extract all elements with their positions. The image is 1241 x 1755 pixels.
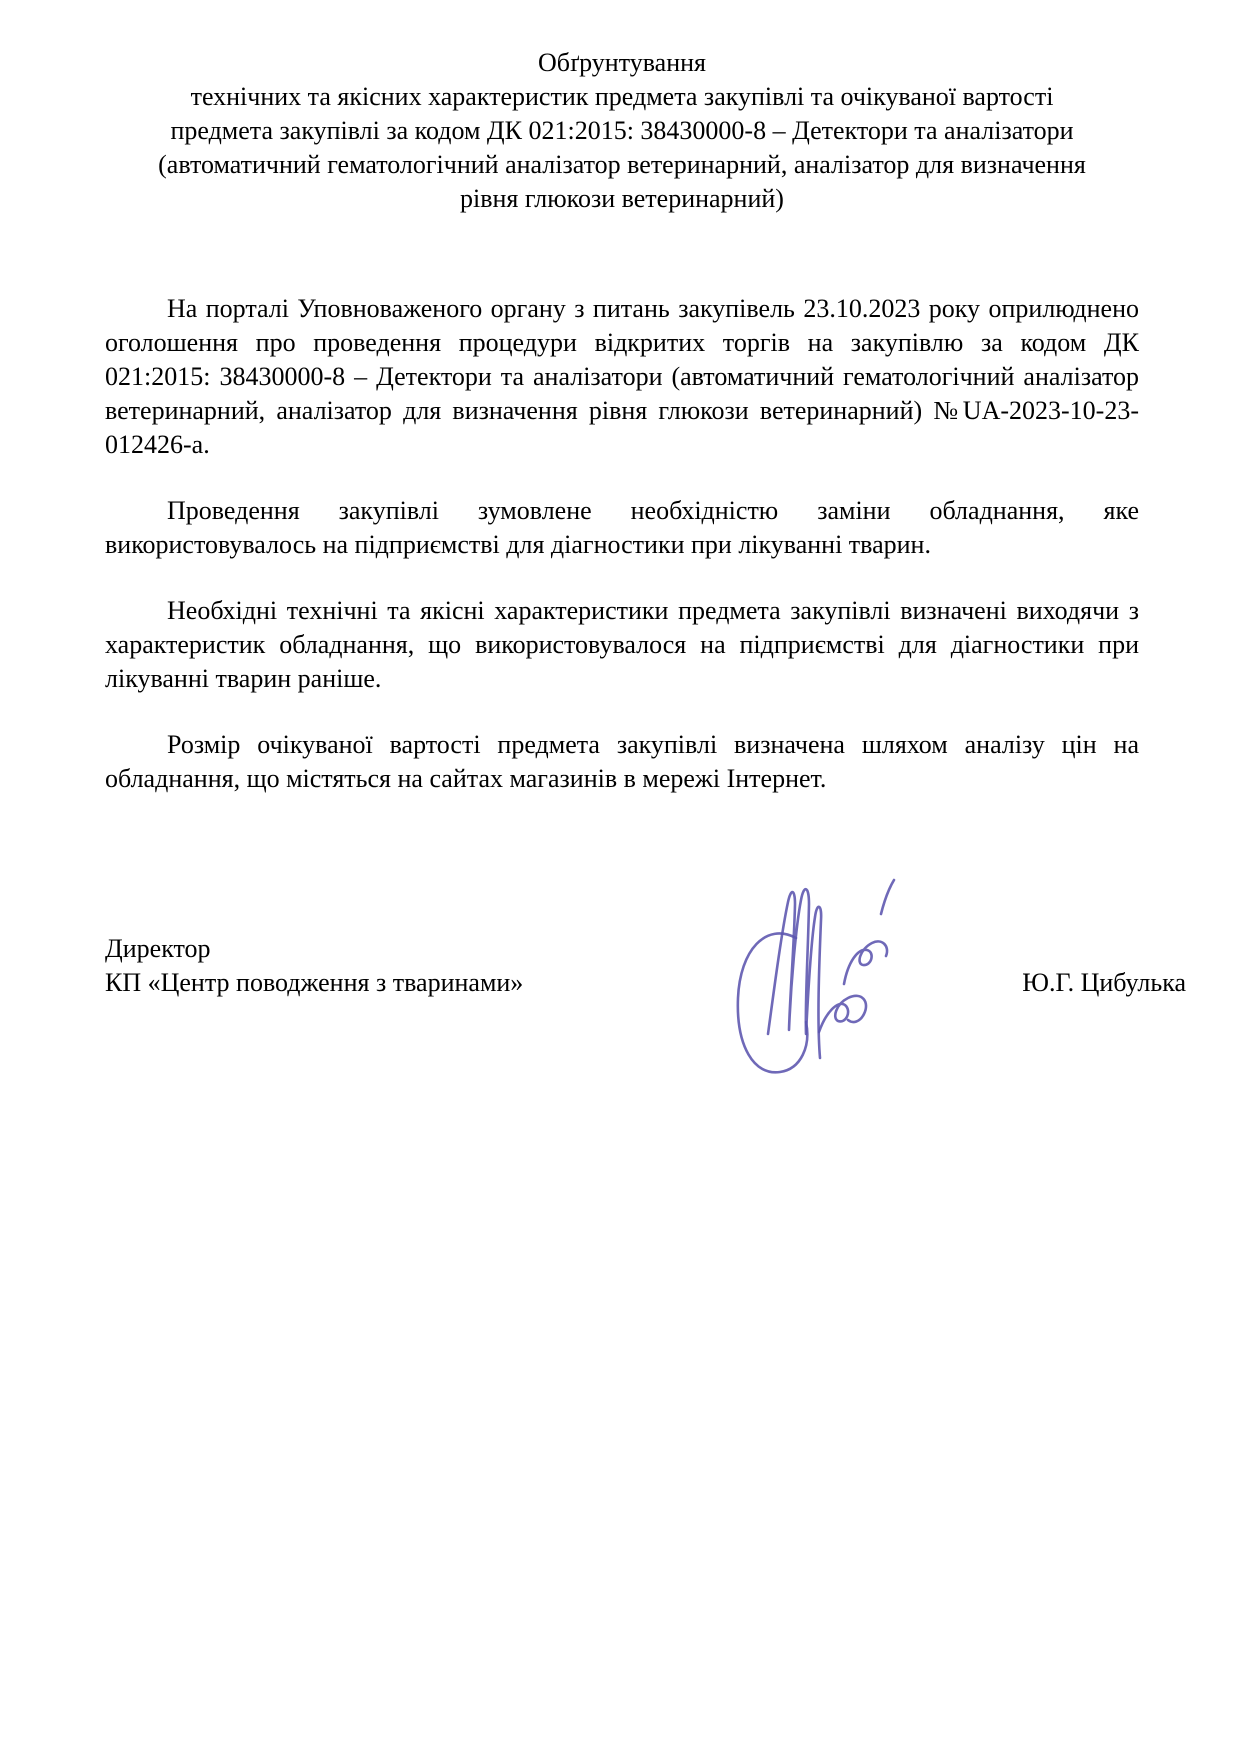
- signer-position: Директор КП «Центр поводження з тваринам…: [105, 932, 523, 1000]
- signer-position-line2: КП «Центр поводження з тваринами»: [105, 966, 523, 1000]
- document-page: Обґрунтування технічних та якісних харак…: [0, 0, 1241, 1755]
- signature-block: Директор КП «Центр поводження з тваринам…: [105, 932, 1186, 1000]
- signature-stroke-curls-low: [819, 996, 866, 1032]
- signer-position-line1: Директор: [105, 932, 523, 966]
- document-title: Обґрунтування технічних та якісних харак…: [105, 46, 1139, 216]
- title-line: (автоматичний гематологічний аналізатор …: [105, 148, 1139, 182]
- paragraph-reason: Проведення закупівлі зумовлене необхідні…: [105, 494, 1139, 562]
- paragraph-requirements: Необхідні технічні та якісні характерист…: [105, 594, 1139, 696]
- title-line: рівня глюкози ветеринарний): [105, 182, 1139, 216]
- title-line: предмета закупівлі за кодом ДК 021:2015:…: [105, 114, 1139, 148]
- paragraph-announcement: На порталі Уповноваженого органу з питан…: [105, 292, 1139, 462]
- document-body: На порталі Уповноваженого органу з питан…: [105, 292, 1139, 796]
- title-line: Обґрунтування: [105, 46, 1139, 80]
- signature-stroke-flick: [881, 880, 894, 914]
- signer-name: Ю.Г. Цибулька: [1022, 966, 1186, 1000]
- title-line: технічних та якісних характеристик предм…: [105, 80, 1139, 114]
- paragraph-expected-cost: Розмір очікуваної вартості предмета заку…: [105, 728, 1139, 796]
